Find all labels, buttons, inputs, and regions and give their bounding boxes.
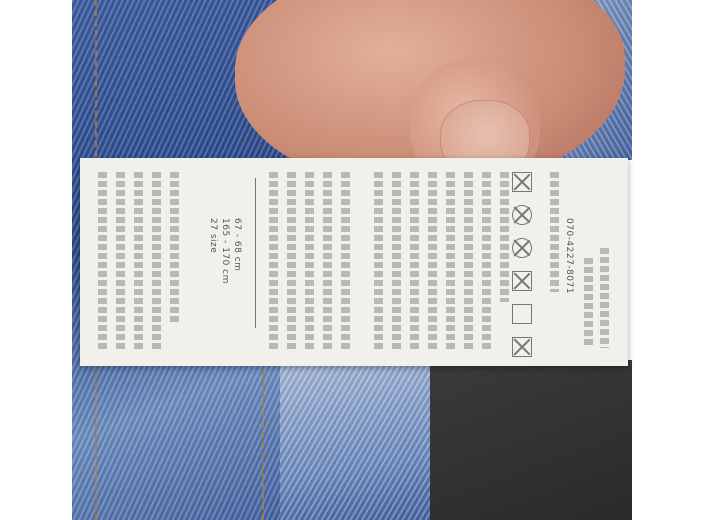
photo-scene: 27 size 165 - 170 cm 67 - 68 cm 070-4227… <box>0 0 710 520</box>
table-surface <box>430 360 632 520</box>
iron-icon <box>512 337 532 357</box>
denim-seam-stitching-lower <box>262 360 278 520</box>
no-wring-icon <box>512 271 532 291</box>
care-label: 27 size 165 - 170 cm 67 - 68 cm 070-4227… <box>80 158 628 366</box>
divider-line <box>255 178 256 328</box>
care-symbols <box>512 172 534 357</box>
waist-range-text: 67 - 68 cm <box>232 218 242 271</box>
phone-number: 070-4227-8071 <box>564 218 574 294</box>
no-tumble-dry-icon <box>512 205 532 225</box>
no-dry-clean-icon <box>512 238 532 258</box>
no-bleach-icon <box>512 172 532 192</box>
size-text: 27 size <box>208 218 218 253</box>
height-range-text: 165 - 170 cm <box>220 218 230 284</box>
hand-wash-icon <box>512 304 532 324</box>
